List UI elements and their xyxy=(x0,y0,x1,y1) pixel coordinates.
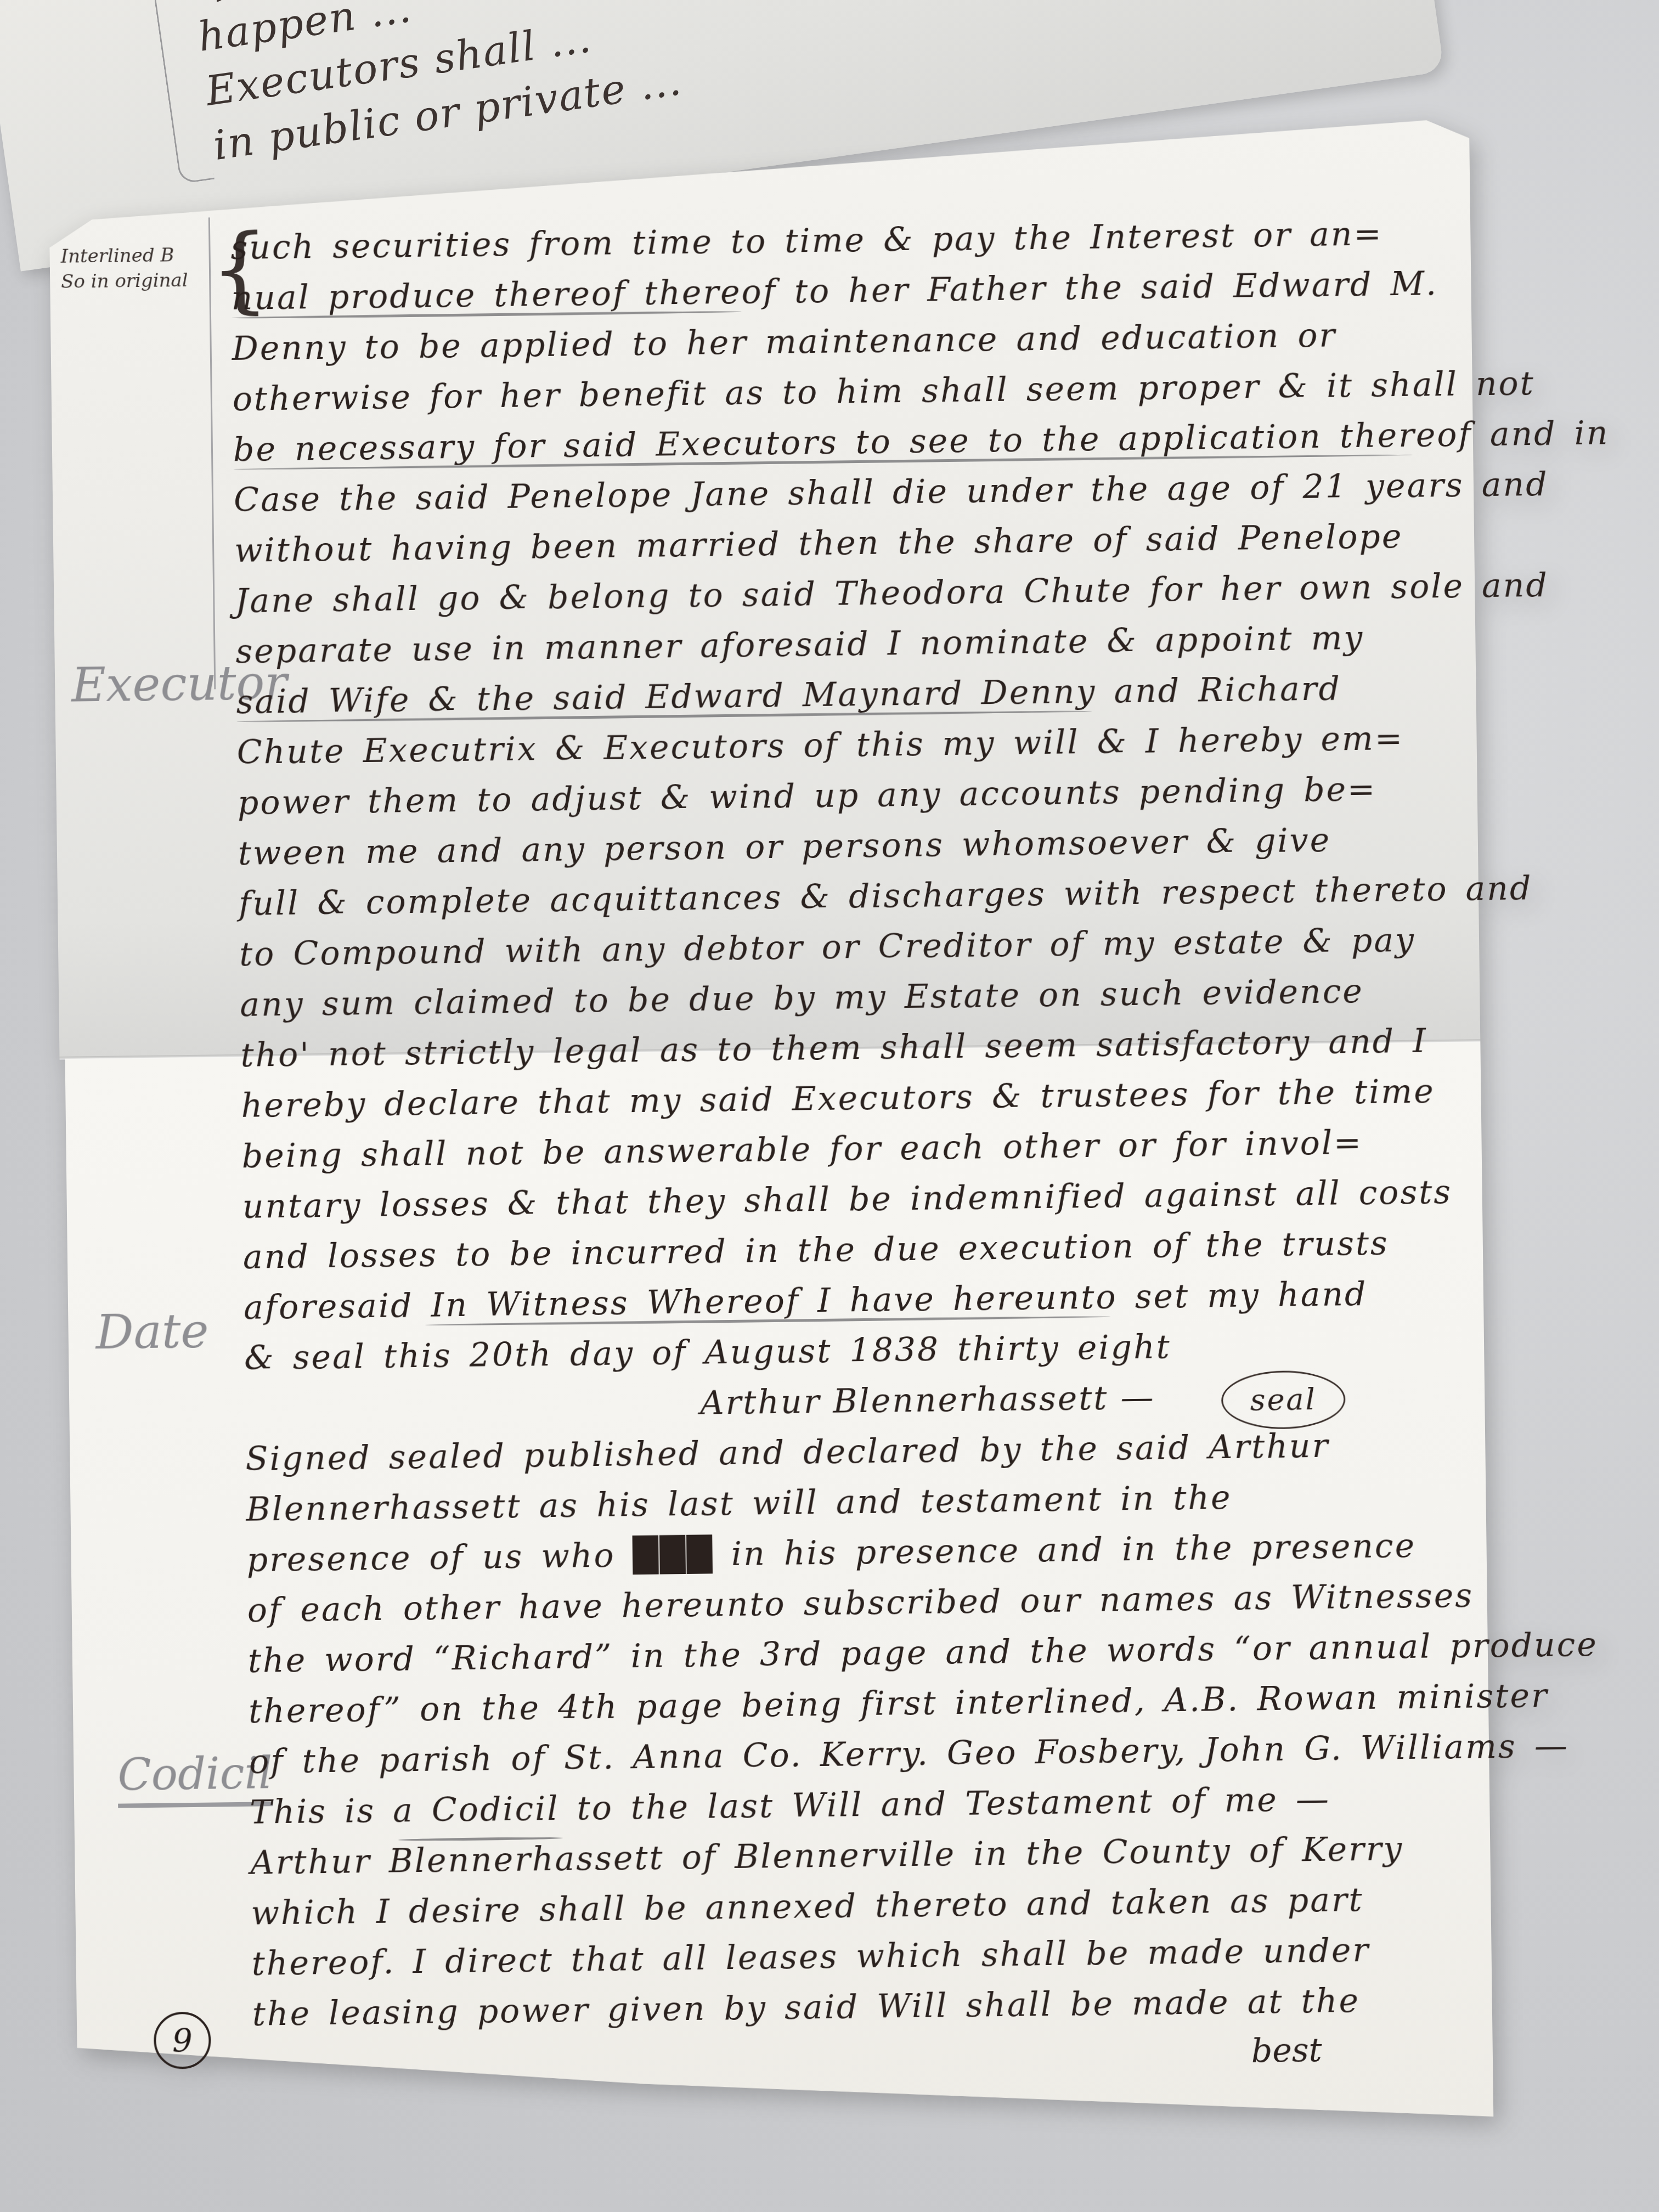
margin-note-line: Interlined B xyxy=(60,242,188,269)
manuscript-page: Interlined B So in original { Executor D… xyxy=(48,120,1493,2134)
catchword: best xyxy=(1251,2031,1322,2070)
will-body: such securities from time to time & pay … xyxy=(230,208,1470,2040)
margin-note-date: Date xyxy=(95,1304,209,1361)
margin-note-interlined: Interlined B So in original xyxy=(60,242,188,295)
margin-note-line: So in original xyxy=(61,268,188,295)
page-number-circled: 9 xyxy=(154,2012,211,2069)
signature-name: Arthur Blennerhassett — xyxy=(700,1379,1155,1423)
